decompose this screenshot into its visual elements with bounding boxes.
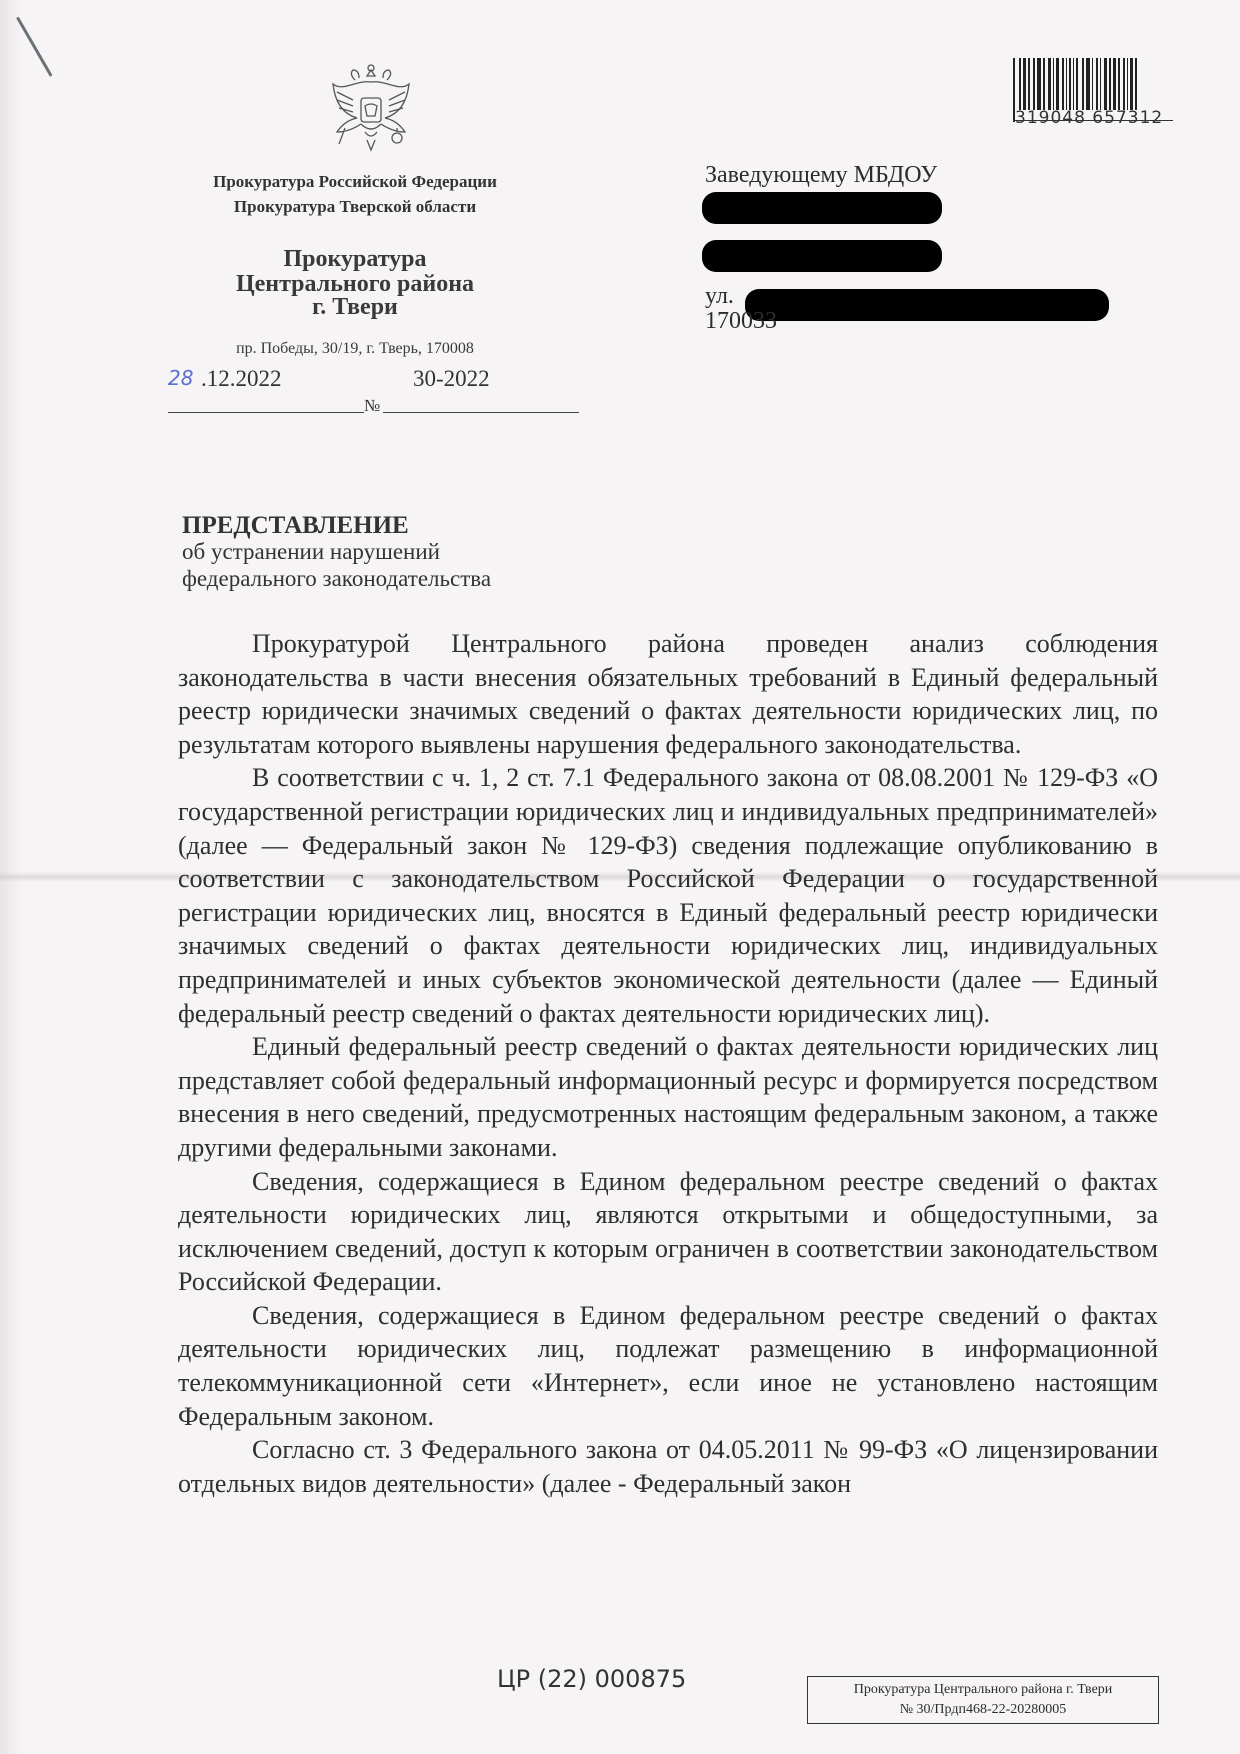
org-address: пр. Победы, 30/19, г. Тверь, 170008 <box>150 340 560 358</box>
org-name-line1: Прокуратура <box>150 246 560 272</box>
subtitle-line: федерального законодательства <box>182 565 491 592</box>
paragraph: Сведения, содержащиеся в Едином федераль… <box>178 1299 1158 1433</box>
stamp-line: Прокуратура Центрального района г. Твери <box>808 1680 1158 1700</box>
document-subtitle: об устранении нарушений федерального зак… <box>182 538 491 592</box>
paragraph: Прокуратурой Центрального района проведе… <box>178 627 1158 761</box>
subtitle-line: об устранении нарушений <box>182 538 491 565</box>
stamp-line: № 30/Прдп468-22-20280005 <box>808 1700 1158 1720</box>
recipient-street-prefix: ул. <box>705 283 734 310</box>
recipient-block: Заведующему МБДОУ <box>705 162 1165 189</box>
barcode-number: 319048 657312 <box>1013 108 1173 128</box>
barcode-frame <box>1013 58 1015 122</box>
date-number-row: 28 .12.2022 30-2022 № <box>168 366 588 416</box>
document-date: .12.2022 <box>201 366 282 392</box>
org-federal: Прокуратура Российской Федерации <box>150 172 560 192</box>
barcode: 319048 657312 <box>1013 58 1173 128</box>
redaction-bar <box>745 289 1109 321</box>
paragraph: Единый федеральный реестр сведений о фак… <box>178 1030 1158 1164</box>
paragraph: Согласно ст. 3 Федерального закона от 04… <box>178 1433 1158 1500</box>
barcode-bars <box>1019 58 1173 110</box>
number-sign: № <box>364 396 380 416</box>
date-underline <box>168 412 364 413</box>
document-number: 30-2022 <box>413 366 490 392</box>
redaction-bar <box>702 192 942 224</box>
barcode-frame <box>1013 120 1173 121</box>
paragraph: Сведения, содержащиеся в Едином федераль… <box>178 1165 1158 1299</box>
registration-code: ЦР (22) 000875 <box>497 1665 686 1693</box>
handwritten-day: 28 <box>168 366 193 390</box>
paragraph: В соответствии с ч. 1, 2 ст. 7.1 Федерал… <box>178 761 1158 1030</box>
recipient-zip: 170033 <box>705 308 777 335</box>
number-underline <box>383 412 579 413</box>
registration-stamp: Прокуратура Центрального района г. Твери… <box>807 1676 1159 1724</box>
document-body: Прокуратурой Центрального района проведе… <box>178 627 1158 1500</box>
org-name-line3: г. Твери <box>150 294 560 320</box>
redaction-bar <box>702 240 942 272</box>
coat-of-arms-icon <box>325 62 417 162</box>
recipient-title: Заведующему МБДОУ <box>705 162 1165 189</box>
document-type: ПРЕДСТАВЛЕНИЕ <box>182 512 409 540</box>
org-regional: Прокуратура Тверской области <box>150 197 560 217</box>
